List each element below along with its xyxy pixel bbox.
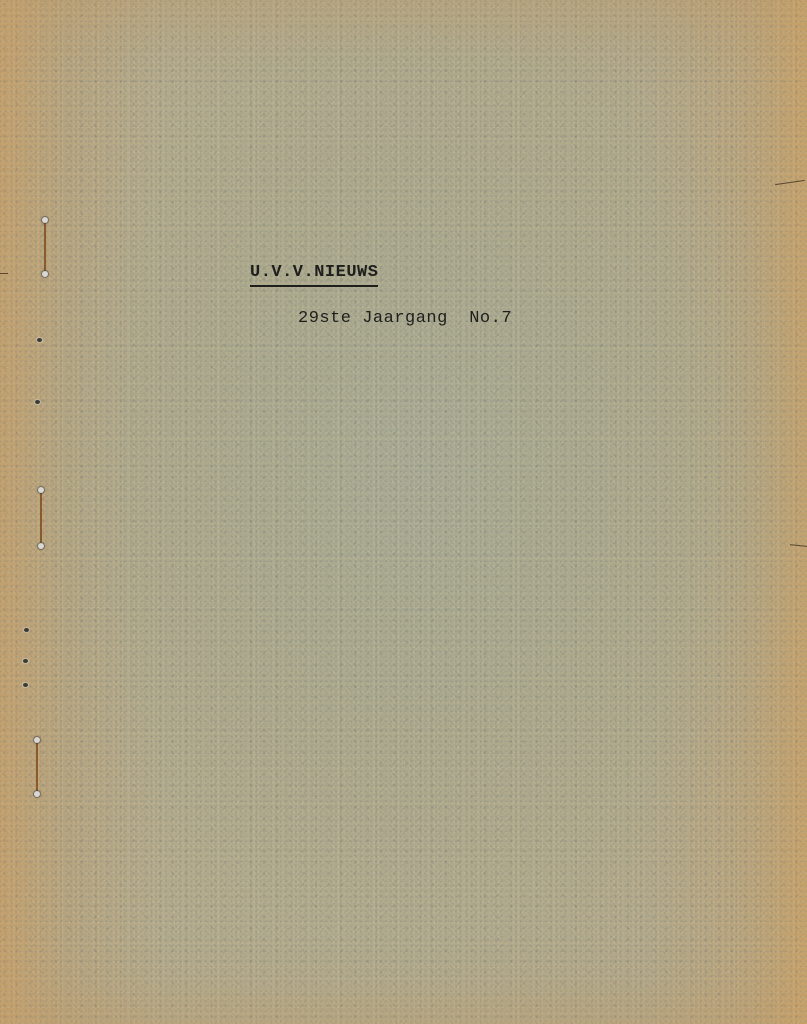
binding-hole-icon [24, 628, 29, 632]
binding-hole-icon [23, 683, 28, 687]
cover-page: U.V.V.NIEUWS 29ste Jaargang No.7 [0, 0, 807, 1024]
staple-icon [44, 220, 46, 274]
document-title: U.V.V.NIEUWS [250, 262, 378, 287]
edge-tear [790, 544, 807, 547]
staple-icon [36, 740, 38, 794]
aged-edge-shading [0, 0, 807, 1024]
binding-hole-icon [35, 400, 40, 404]
staple-icon [40, 490, 42, 546]
paper-texture-coarse [0, 0, 807, 1024]
edge-tear [0, 273, 8, 274]
paper-texture [0, 0, 807, 1024]
volume-issue-line: 29ste Jaargang No.7 [298, 308, 512, 330]
binding-hole-icon [23, 659, 28, 663]
edge-tear [775, 180, 805, 185]
binding-hole-icon [37, 338, 42, 342]
